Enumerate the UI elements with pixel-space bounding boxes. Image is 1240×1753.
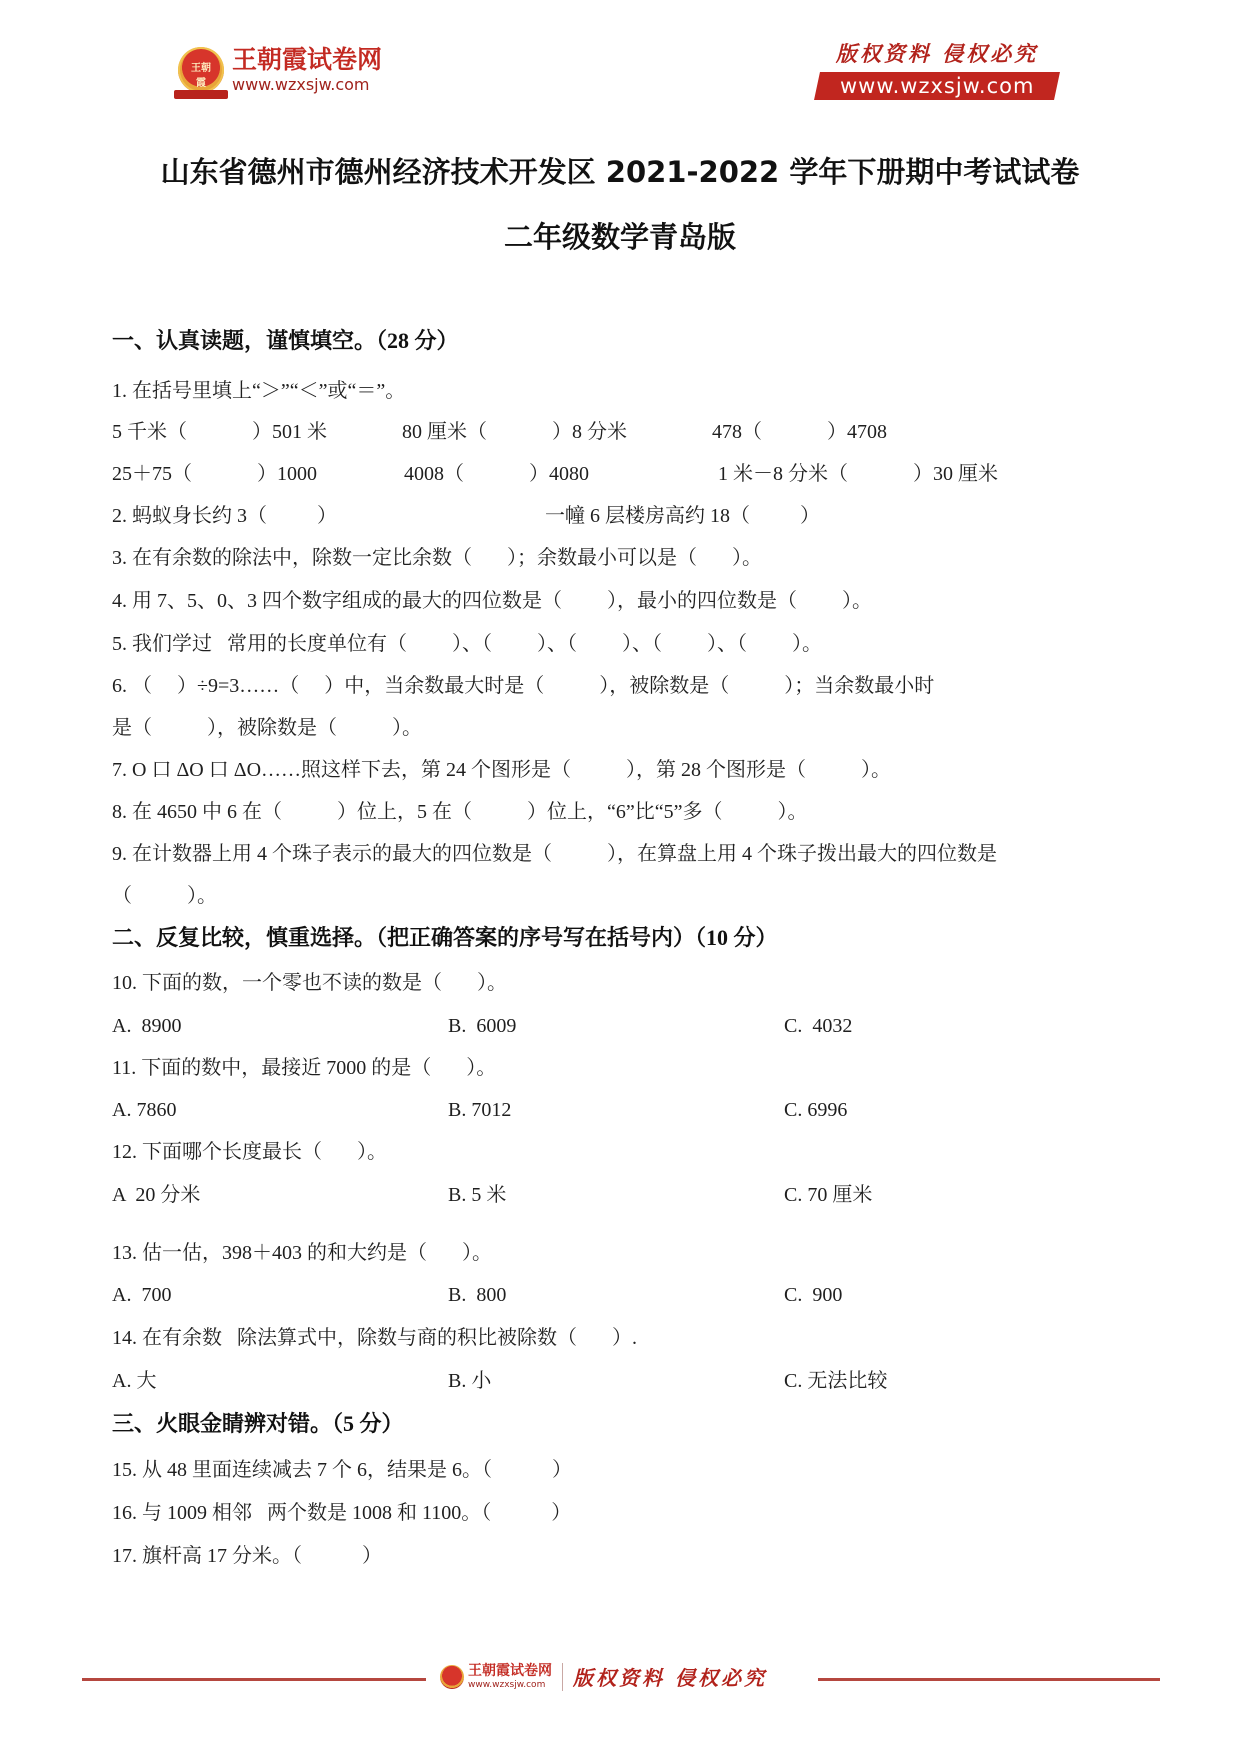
question-16: 16. 与 1009 相邻 两个数是 1008 和 1100。（ ） (112, 1500, 571, 1526)
option-c: C. 6996 (784, 1097, 847, 1123)
section-heading-1: 一、认真读题，谨慎填空。（28 分） (112, 328, 459, 354)
footer-logo: 王朝霞试卷网 www.wzxsjw.com 版权资料 侵权必究 (440, 1662, 767, 1691)
question-17: 17. 旗杆高 17 分米。（ ） (112, 1543, 382, 1569)
option-c: C. 900 (784, 1282, 842, 1308)
question-8: 8. 在 4650 中 6 在（ ）位上，5 在（ ）位上，“6”比“5”多（ … (112, 799, 808, 825)
q1-item: 4008（ ）4080 (404, 461, 589, 487)
question-4: 4. 用 7、5、0、3 四个数字组成的最大的四位数是（ ），最小的四位数是（ … (112, 588, 872, 614)
question-12: 12. 下面哪个长度最长（ ）。 (112, 1139, 387, 1165)
option-c: C. 无法比较 (784, 1368, 887, 1394)
question-5: 5. 我们学过 常用的长度单位有（ ）、（ ）、（ ）、（ ）、（ ）。 (112, 631, 822, 657)
footer-divider-right (818, 1678, 1160, 1681)
option-a: A. 7860 (112, 1097, 176, 1123)
question-1: 1. 在括号里填上“＞”“＜”或“＝”。 (112, 378, 405, 404)
option-b: B. 5 米 (448, 1182, 506, 1208)
exam-subtitle: 二年级数学青岛版 (0, 215, 1240, 256)
logo-name: 王朝霞试卷网 (232, 47, 382, 72)
question-13: 13. 估一估，398＋403 的和大约是（ ）。 (112, 1240, 492, 1266)
footer-divider-left (82, 1678, 426, 1681)
option-b: B. 7012 (448, 1097, 511, 1123)
copyright-banner: 版权资料 侵权必究 www.wzxsjw.com (817, 38, 1057, 100)
url-bar-text: www.wzxsjw.com (840, 72, 1034, 100)
question-15: 15. 从 48 里面连续减去 7 个 6，结果是 6。（ ） (112, 1457, 572, 1483)
question-9-cont: （ ）。 (112, 883, 217, 909)
q1-item: 25＋75（ ）1000 (112, 461, 317, 487)
logo-badge-icon: 王朝霞 (178, 47, 224, 93)
question-2: 2. 蚂蚁身长约 3（ ） (112, 503, 337, 529)
footer-logo-name: 王朝霞试卷网 (468, 1664, 552, 1678)
url-bar: www.wzxsjw.com (814, 72, 1060, 100)
q1-item: 80 厘米（ ）8 分米 (402, 419, 627, 445)
option-b: B. 小 (448, 1368, 491, 1394)
question-14: 14. 在有余数 除法算式中，除数与商的积比被除数（ ）. (112, 1325, 637, 1351)
option-c: C. 4032 (784, 1013, 852, 1039)
copyright-slogan: 版权资料 侵权必究 (817, 38, 1057, 68)
question-3: 3. 在有余数的除法中，除数一定比余数（ ）；余数最小可以是（ ）。 (112, 545, 762, 571)
option-c: C. 70 厘米 (784, 1182, 872, 1208)
option-a: A. 700 (112, 1282, 171, 1308)
section-heading-2: 二、反复比较，慎重选择。（把正确答案的序号写在括号内）（10 分） (112, 925, 778, 951)
exam-title: 山东省德州市德州经济技术开发区 2021-2022 学年下册期中考试试卷 (0, 150, 1240, 191)
footer-separator (562, 1663, 563, 1691)
question-10: 10. 下面的数，一个零也不读的数是（ ）。 (112, 970, 507, 996)
option-b: B. 6009 (448, 1013, 516, 1039)
q1-item: 1 米－8 分米（ ）30 厘米 (718, 461, 998, 487)
q1-item: 5 千米（ ）501 米 (112, 419, 327, 445)
option-b: B. 800 (448, 1282, 506, 1308)
option-a: A. 大 (112, 1368, 156, 1394)
badge-ribbon (174, 90, 228, 99)
site-logo: 王朝霞 王朝霞试卷网 www.wzxsjw.com (178, 42, 382, 98)
footer-badge-icon (440, 1665, 464, 1689)
option-a: A 20 分米 (112, 1182, 200, 1208)
question-6-cont: 是（ ），被除数是（ ）。 (112, 715, 422, 741)
footer-slogan: 版权资料 侵权必究 (573, 1662, 767, 1691)
section-heading-3: 三、火眼金睛辨对错。（5 分） (112, 1411, 404, 1437)
question-7: 7. O 口 ΔO 口 ΔO……照这样下去，第 24 个图形是（ ），第 28 … (112, 757, 891, 783)
q1-item: 478（ ）4708 (712, 419, 887, 445)
footer-logo-url: www.wzxsjw.com (468, 1681, 552, 1690)
logo-url: www.wzxsjw.com (232, 77, 382, 93)
question-2-right: 一幢 6 层楼房高约 18（ ） (545, 503, 820, 529)
option-a: A. 8900 (112, 1013, 181, 1039)
question-9: 9. 在计数器上用 4 个珠子表示的最大的四位数是（ ），在算盘上用 4 个珠子… (112, 841, 997, 867)
question-11: 11. 下面的数中，最接近 7000 的是（ ）。 (112, 1055, 496, 1081)
question-6: 6. （ ）÷9=3……（ ）中，当余数最大时是（ ），被除数是（ ）；当余数最… (112, 673, 934, 699)
